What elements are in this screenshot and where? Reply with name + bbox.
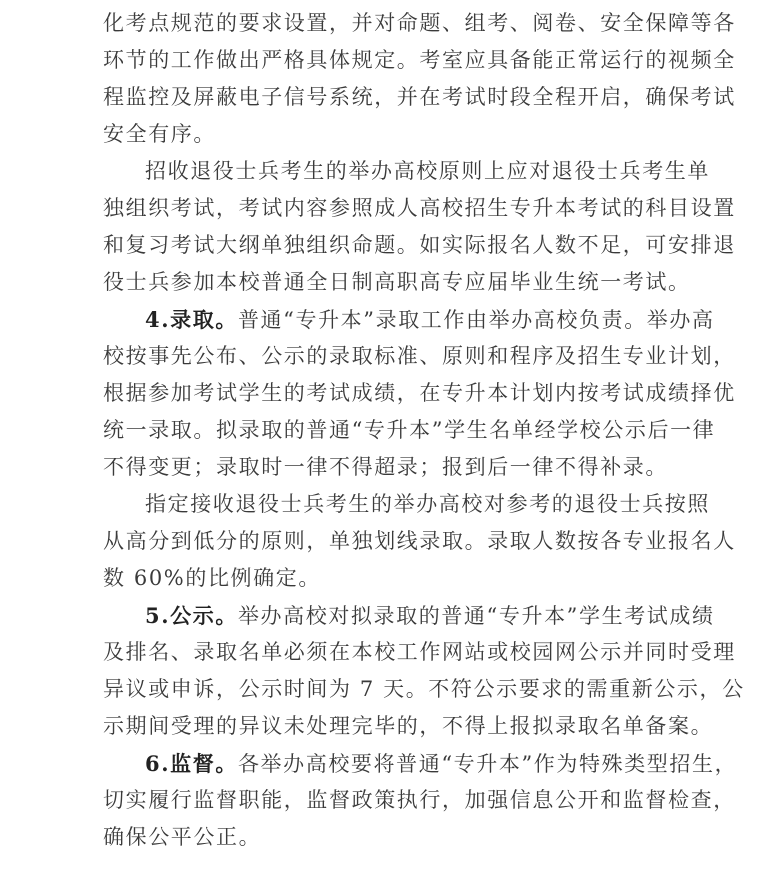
document-page: 化考点规范的要求设置，并对命题、组考、阅卷、安全保障等各 环节的工作做出严格具体… xyxy=(103,5,693,856)
text-line: 指定接收退役士兵考生的举办高校对参考的退役士兵按照 xyxy=(103,486,693,523)
text-line: 从高分到低分的原则，单独划线录取。录取人数按各专业报名人 xyxy=(103,523,693,560)
text-line: 役士兵参加本校普通全日制高职高专应届毕业生统一考试。 xyxy=(103,264,693,301)
section-heading-publicity: 5.公示。 xyxy=(145,603,238,628)
text-line: 校按事先公布、公示的录取标准、原则和程序及招生专业计划， xyxy=(103,338,693,375)
text-span: 各举办高校要将普通“专升本”作为特殊类型招生， xyxy=(238,752,737,776)
paragraph-exam-venue: 化考点规范的要求设置，并对命题、组考、阅卷、安全保障等各 环节的工作做出严格具体… xyxy=(103,5,693,153)
paragraph-veteran-admission: 指定接收退役士兵考生的举办高校对参考的退役士兵按照 从高分到低分的原则，单独划线… xyxy=(103,486,693,597)
text-line: 异议或申诉，公示时间为 7 天。不符公示要求的需重新公示，公 xyxy=(103,671,693,708)
text-span: 举办高校对拟录取的普通“专升本”学生考试成绩 xyxy=(238,604,715,628)
text-line: 和复习考试大纲单独组织命题。如实际报名人数不足，可安排退 xyxy=(103,227,693,264)
text-line: 4.录取。普通“专升本”录取工作由举办高校负责。举办高 xyxy=(103,301,693,338)
text-line: 及排名、录取名单必须在本校工作网站或校园网公示并同时受理 xyxy=(103,634,693,671)
text-line: 程监控及屏蔽电子信号系统，并在考试时段全程开启，确保考试 xyxy=(103,79,693,116)
text-line: 统一录取。拟录取的普通“专升本”学生名单经学校公示后一律 xyxy=(103,412,693,449)
paragraph-admission: 4.录取。普通“专升本”录取工作由举办高校负责。举办高 校按事先公布、公示的录取… xyxy=(103,301,693,486)
text-line: 安全有序。 xyxy=(103,116,693,153)
text-line: 不得变更；录取时一律不得超录；报到后一律不得补录。 xyxy=(103,449,693,486)
text-line: 根据参加考试学生的考试成绩，在专升本计划内按考试成绩择优 xyxy=(103,375,693,412)
text-line: 数 60%的比例确定。 xyxy=(103,560,693,597)
text-line: 确保公平公正。 xyxy=(103,819,693,856)
text-span: 普通“专升本”录取工作由举办高校负责。举办高 xyxy=(238,308,715,332)
section-heading-admission: 4.录取。 xyxy=(145,307,238,332)
text-line: 环节的工作做出严格具体规定。考室应具备能正常运行的视频全 xyxy=(103,42,693,79)
paragraph-supervision: 6.监督。各举办高校要将普通“专升本”作为特殊类型招生， 切实履行监督职能，监督… xyxy=(103,745,693,856)
paragraph-publicity: 5.公示。举办高校对拟录取的普通“专升本”学生考试成绩 及排名、录取名单必须在本… xyxy=(103,597,693,745)
text-line: 5.公示。举办高校对拟录取的普通“专升本”学生考试成绩 xyxy=(103,597,693,634)
text-line: 独组织考试，考试内容参照成人高校招生专升本考试的科目设置 xyxy=(103,190,693,227)
text-line: 切实履行监督职能，监督政策执行，加强信息公开和监督检查， xyxy=(103,782,693,819)
text-line: 招收退役士兵考生的举办高校原则上应对退役士兵考生单 xyxy=(103,153,693,190)
text-line: 示期间受理的异议未处理完毕的，不得上报拟录取名单备案。 xyxy=(103,708,693,745)
paragraph-veteran-exam: 招收退役士兵考生的举办高校原则上应对退役士兵考生单 独组织考试，考试内容参照成人… xyxy=(103,153,693,301)
text-line: 6.监督。各举办高校要将普通“专升本”作为特殊类型招生， xyxy=(103,745,693,782)
section-heading-supervision: 6.监督。 xyxy=(145,751,238,776)
text-line: 化考点规范的要求设置，并对命题、组考、阅卷、安全保障等各 xyxy=(103,5,693,42)
